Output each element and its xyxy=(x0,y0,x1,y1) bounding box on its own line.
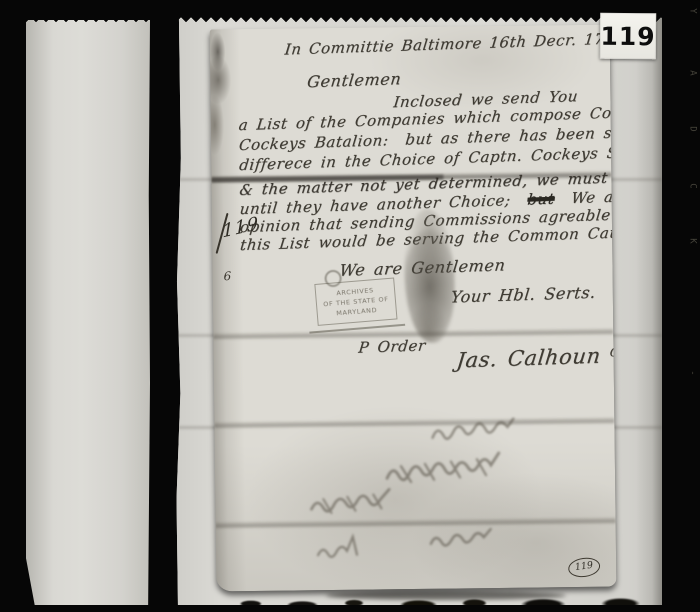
backing-page: In Committie Baltimore 16th Decr. 1776 G… xyxy=(176,17,662,605)
letter-per-order: P Order xyxy=(358,336,427,356)
torn-film-edge xyxy=(26,15,662,22)
signature-title: Chairmn. xyxy=(609,343,616,359)
margin-small-mark: 6 xyxy=(224,269,232,283)
left-page-strip xyxy=(26,20,150,605)
letter-closing-servants: Your Hbl. Serts. xyxy=(450,283,597,307)
archives-stamp: ARCHIVES OF THE STATE OF MARYLAND xyxy=(314,277,397,325)
choice-text-post: We are of xyxy=(554,186,617,207)
page-number-card-label: 119 xyxy=(600,21,655,51)
film-edge-mark: - xyxy=(688,370,698,375)
letter-signature: Jas. Calhoun Chairmn. xyxy=(455,341,616,372)
bottom-black-band xyxy=(0,605,700,612)
letter-salutation: Gentlemen xyxy=(306,69,402,91)
film-edge-mark: D xyxy=(688,126,698,131)
letter-heading: In Committie Baltimore 16th Decr. 1776 xyxy=(284,29,617,58)
microfilm-scan: In Committie Baltimore 16th Decr. 1776 G… xyxy=(0,0,700,612)
letter-sheet: In Committie Baltimore 16th Decr. 1776 G… xyxy=(210,25,617,592)
signature-name: Jas. Calhoun xyxy=(455,344,602,373)
film-edge-mark: Y xyxy=(688,8,698,13)
film-edge-mark: C xyxy=(688,183,698,188)
struck-word: but xyxy=(527,190,556,209)
page-number-card: 119 xyxy=(600,13,656,60)
bleedthrough-script xyxy=(274,410,576,589)
film-edge-mark: K xyxy=(688,238,698,243)
film-edge-mark: A xyxy=(688,70,698,75)
